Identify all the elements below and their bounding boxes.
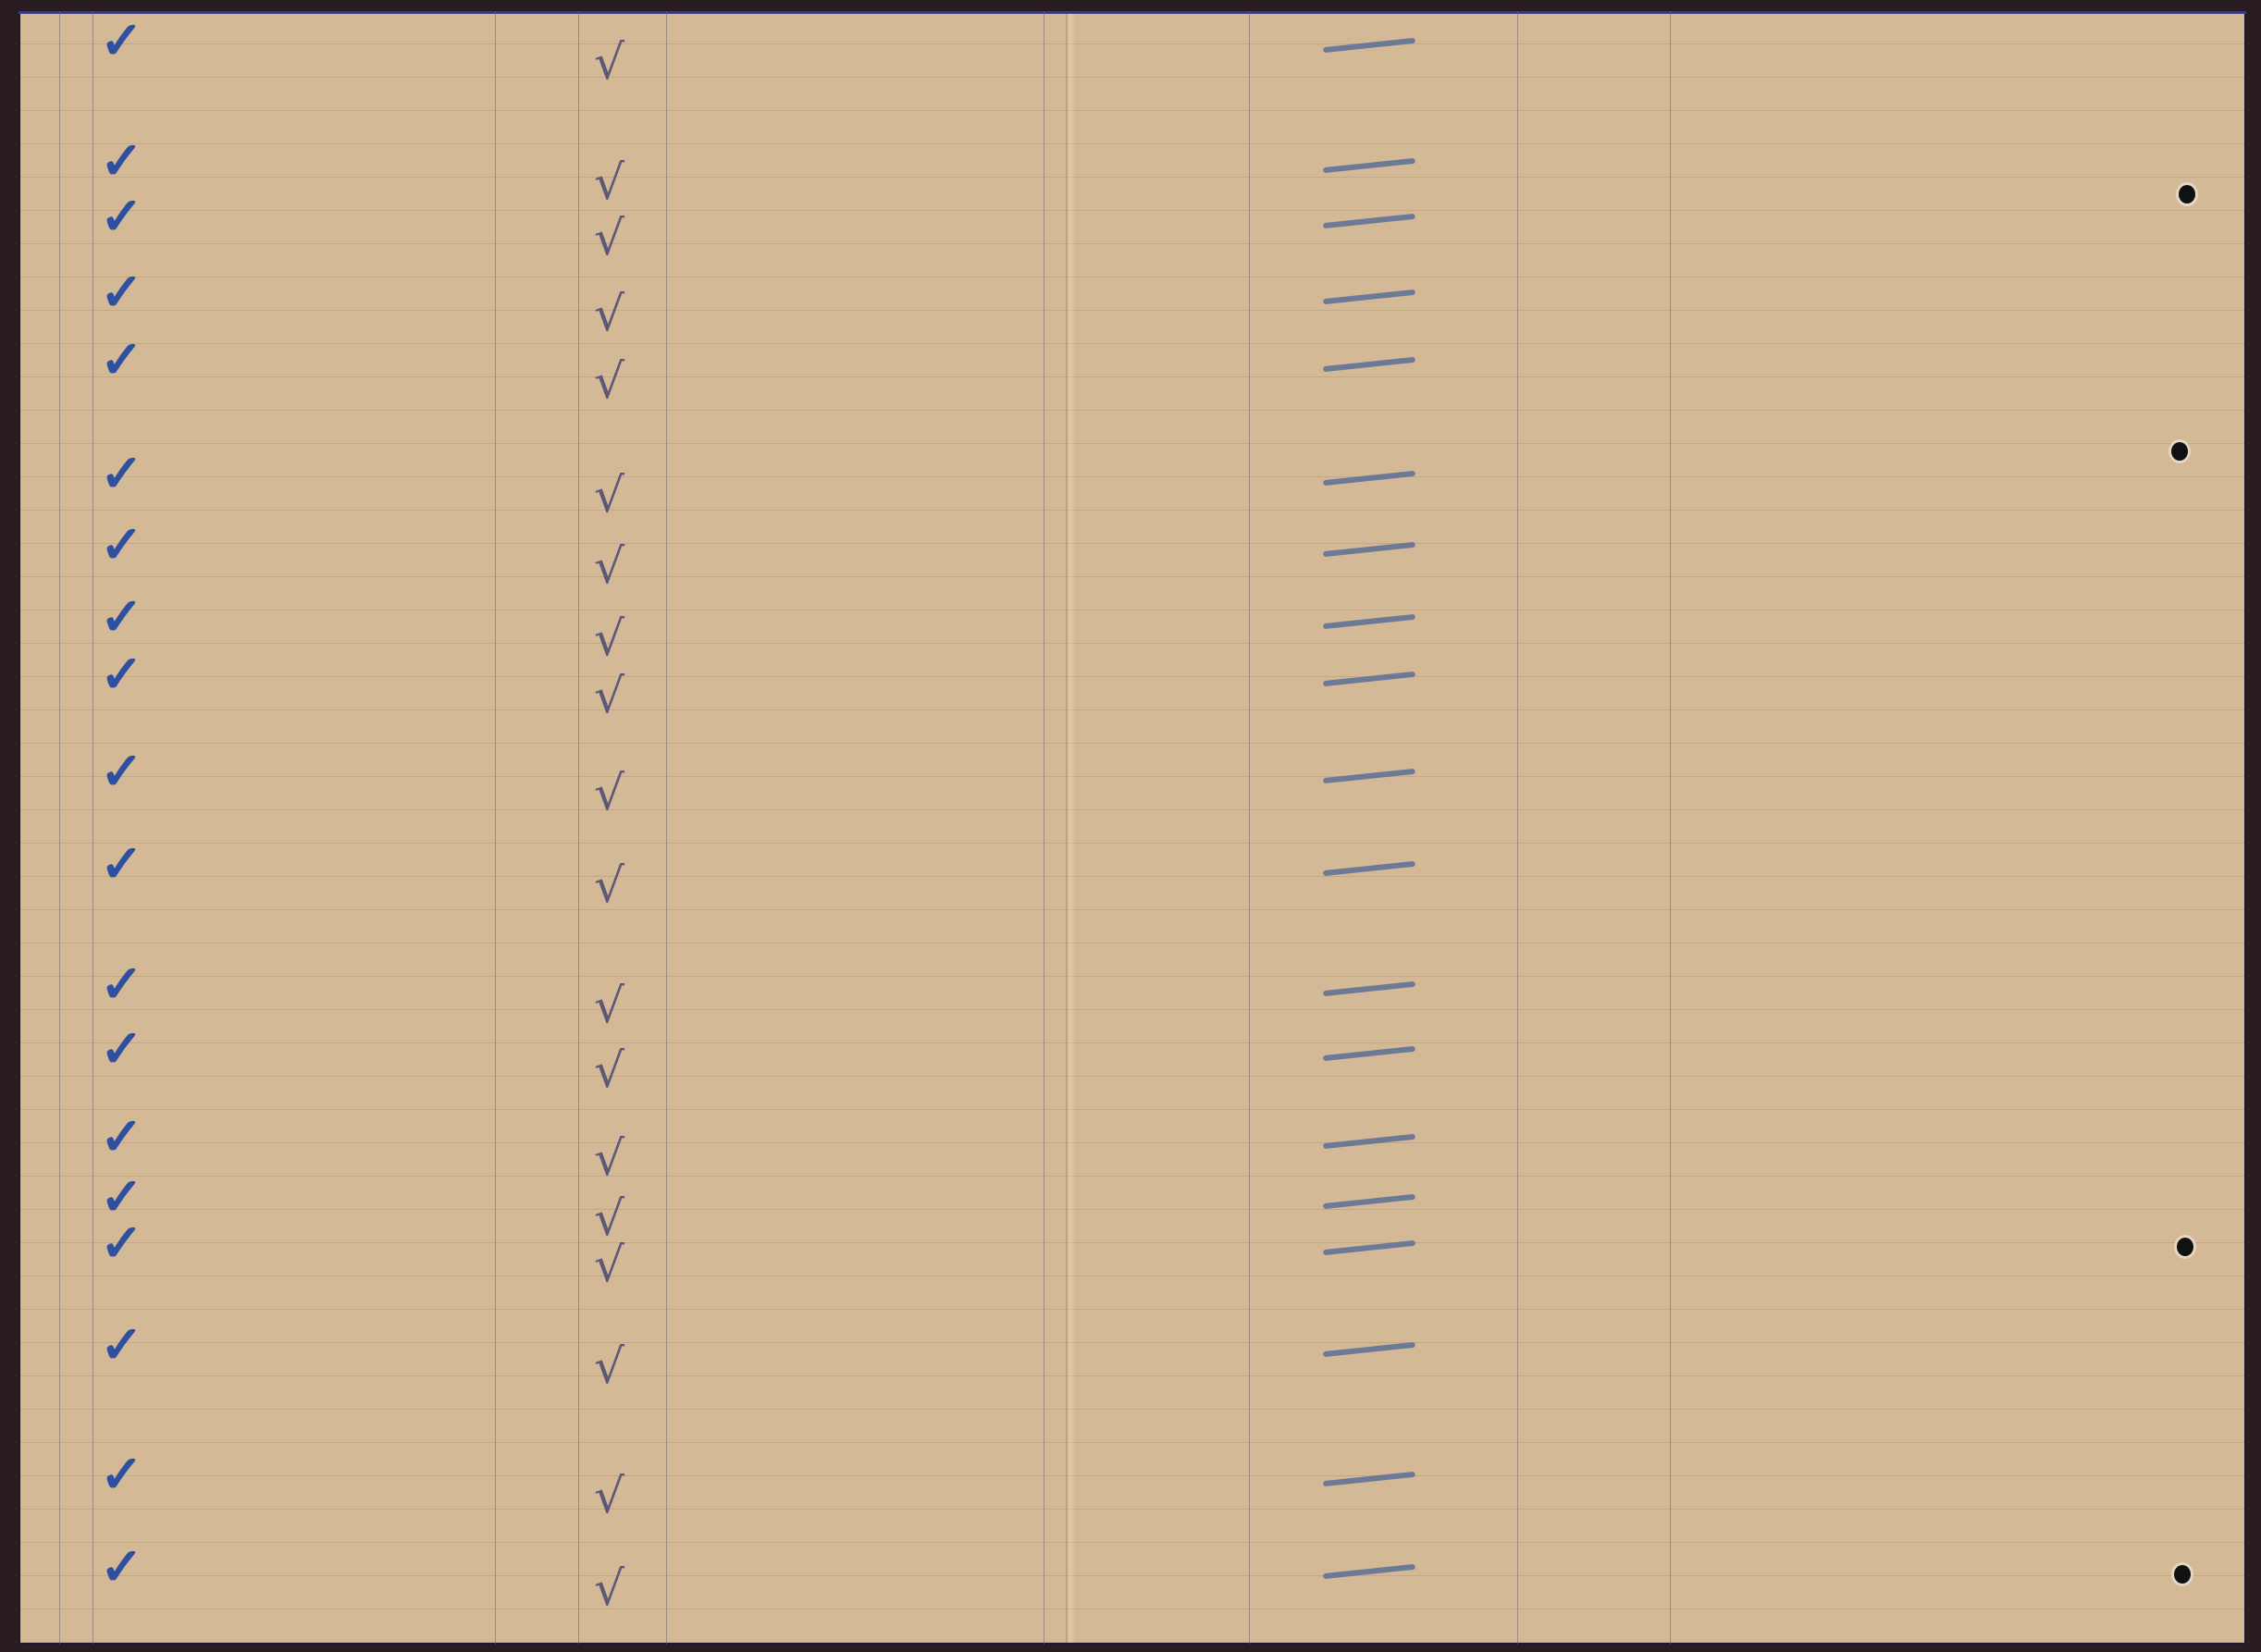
blue-dash-mark xyxy=(1323,769,1415,783)
punch-hole xyxy=(2174,1565,2191,1584)
pencil-check-mark-icon: √ xyxy=(594,215,624,263)
blue-check-mark-icon: ✓ xyxy=(100,648,143,700)
blue-check-mark-icon: ✓ xyxy=(100,135,143,187)
blue-dash-mark xyxy=(1323,290,1415,304)
blue-dash-mark xyxy=(1323,1342,1415,1357)
column-rule xyxy=(1670,11,1671,1645)
column-rule xyxy=(578,11,579,1645)
blue-check-mark-icon: ✓ xyxy=(100,591,143,643)
blue-dash-mark xyxy=(1323,471,1415,486)
blue-check-mark-icon: ✓ xyxy=(100,1319,143,1371)
blue-dash-mark xyxy=(1323,1240,1415,1255)
pencil-check-mark-icon: √ xyxy=(594,1195,624,1243)
blue-dash-mark xyxy=(1323,1564,1415,1579)
blue-check-mark-icon: ✓ xyxy=(100,1023,143,1075)
blue-dash-mark xyxy=(1323,1134,1415,1149)
column-rule xyxy=(495,11,496,1645)
blue-dash-mark xyxy=(1323,981,1415,996)
punch-hole xyxy=(2177,1238,2193,1256)
pencil-check-mark-icon: √ xyxy=(594,1343,624,1391)
pencil-check-mark-icon: √ xyxy=(594,39,624,87)
blue-dash-mark xyxy=(1323,1194,1415,1209)
pencil-check-mark-icon: √ xyxy=(594,472,624,520)
pencil-check-mark-icon: √ xyxy=(594,358,624,406)
blue-check-mark-icon: ✓ xyxy=(100,838,143,890)
pencil-check-mark-icon: √ xyxy=(594,1135,624,1183)
blue-dash-mark xyxy=(1323,357,1415,372)
ledger-page: ✓√✓√✓√✓√✓√✓√✓√✓√✓√✓√✓√✓√✓√✓√✓√✓√✓√✓√✓√ xyxy=(19,11,2246,1645)
punch-hole xyxy=(2179,185,2195,203)
blue-check-mark-icon: ✓ xyxy=(100,1111,143,1163)
blue-dash-mark xyxy=(1323,672,1415,686)
blue-check-mark-icon: ✓ xyxy=(100,746,143,797)
column-rule xyxy=(1517,11,1518,1645)
blue-check-mark-icon: ✓ xyxy=(100,958,143,1010)
pencil-check-mark-icon: √ xyxy=(594,862,624,910)
blue-check-mark-icon: ✓ xyxy=(100,1217,143,1269)
pencil-check-mark-icon: √ xyxy=(594,982,624,1030)
column-rule xyxy=(93,11,93,1645)
blue-dash-mark xyxy=(1323,1472,1415,1486)
blue-dash-mark xyxy=(1323,542,1415,557)
blue-check-mark-icon: ✓ xyxy=(100,191,143,242)
blue-dash-mark xyxy=(1323,614,1415,629)
blue-check-mark-icon: ✓ xyxy=(100,1449,143,1500)
blue-dash-mark xyxy=(1323,38,1415,53)
pencil-check-mark-icon: √ xyxy=(594,543,624,591)
column-rule xyxy=(666,11,667,1645)
pencil-check-mark-icon: √ xyxy=(594,290,624,339)
blue-check-mark-icon: ✓ xyxy=(100,334,143,386)
blue-dash-mark xyxy=(1323,861,1415,876)
blue-check-mark-icon: ✓ xyxy=(100,448,143,499)
blue-check-mark-icon: ✓ xyxy=(100,1541,143,1593)
pencil-check-mark-icon: √ xyxy=(594,1565,624,1613)
blue-dash-mark xyxy=(1323,214,1415,228)
column-rule xyxy=(59,11,60,1645)
pencil-check-mark-icon: √ xyxy=(594,1047,624,1095)
column-rule xyxy=(1044,11,1044,1645)
blue-dash-mark xyxy=(1323,158,1415,173)
column-rule xyxy=(1249,11,1250,1645)
blue-check-mark-icon: ✓ xyxy=(100,15,143,67)
pencil-check-mark-icon: √ xyxy=(594,1473,624,1521)
blue-check-mark-icon: ✓ xyxy=(100,266,143,318)
pencil-check-mark-icon: √ xyxy=(594,615,624,663)
blue-check-mark-icon: ✓ xyxy=(100,519,143,571)
pencil-check-mark-icon: √ xyxy=(594,770,624,818)
pencil-check-mark-icon: √ xyxy=(594,159,624,207)
punch-hole xyxy=(2171,442,2188,461)
pencil-check-mark-icon: √ xyxy=(594,1241,624,1289)
pencil-check-mark-icon: √ xyxy=(594,672,624,721)
blue-dash-mark xyxy=(1323,1046,1415,1061)
